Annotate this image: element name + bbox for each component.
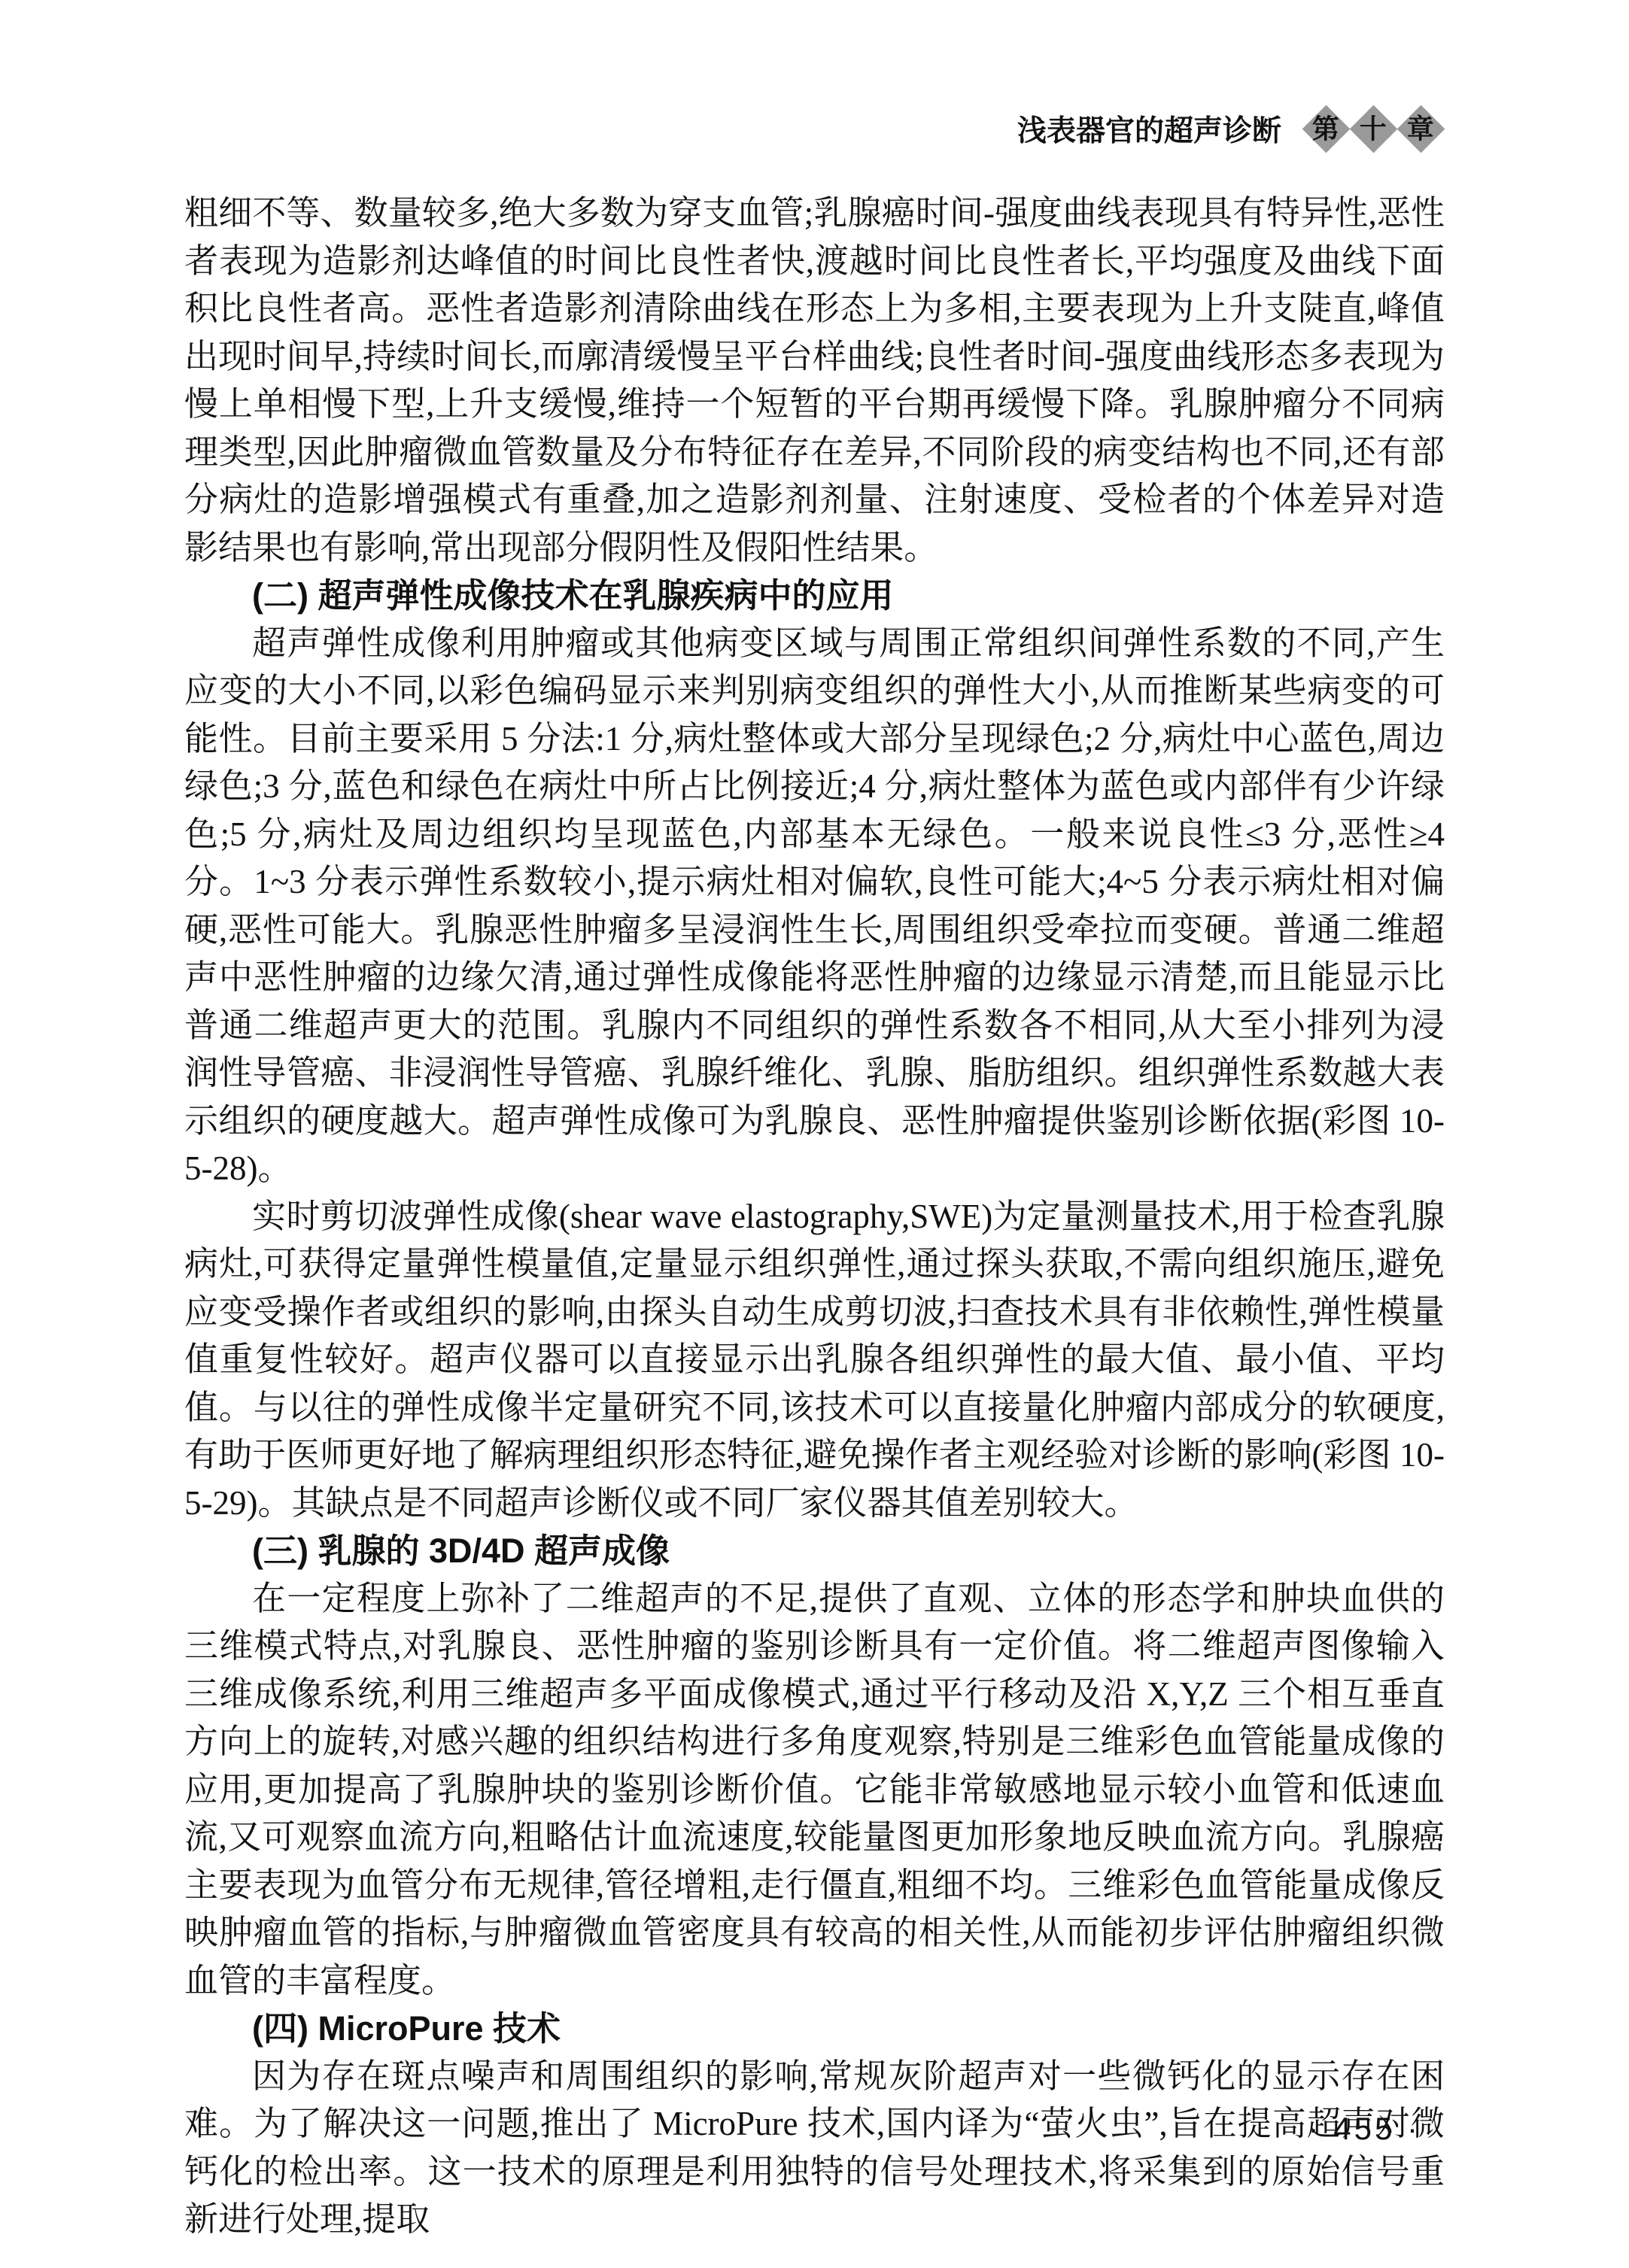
paragraph: 实时剪切波弹性成像(shear wave elastography,SWE)为定…: [184, 1193, 1445, 1528]
article: 粗细不等、数量较多,绝大多数为穿支血管;乳腺癌时间-强度曲线表现具有特异性,恶性…: [184, 190, 1445, 2244]
page-number: · 455 ·: [1308, 2111, 1421, 2147]
chapter-char: 章: [1407, 115, 1434, 142]
page-header: 浅表器官的超声诊断 第 十 章: [1017, 102, 1445, 155]
chapter-badge: 第 十 章: [1302, 112, 1445, 146]
chapter-diamond-icon: 章: [1397, 105, 1445, 153]
section-heading: (三) 乳腺的 3D/4D 超声成像: [184, 1527, 1445, 1575]
chapter-diamond-icon: 第: [1302, 105, 1351, 153]
running-head-title: 浅表器官的超声诊断: [1017, 108, 1281, 150]
paragraph: 粗细不等、数量较多,绝大多数为穿支血管;乳腺癌时间-强度曲线表现具有特异性,恶性…: [184, 190, 1445, 572]
paragraph: 超声弹性成像利用肿瘤或其他病变区域与周围正常组织间弹性系数的不同,产生应变的大小…: [184, 620, 1445, 1193]
chapter-diamond-icon: 十: [1350, 105, 1398, 153]
paragraph: 在一定程度上弥补了二维超声的不足,提供了直观、立体的形态学和肿块血供的三维模式特…: [184, 1575, 1445, 2005]
section-heading: (四) MicroPure 技术: [184, 2005, 1445, 2053]
paragraph: 因为存在斑点噪声和周围组织的影响,常规灰阶超声对一些微钙化的显示存在困难。为了解…: [184, 2053, 1445, 2244]
section-heading: (二) 超声弹性成像技术在乳腺疾病中的应用: [184, 572, 1445, 620]
chapter-char: 十: [1360, 115, 1387, 142]
chapter-char: 第: [1312, 115, 1339, 142]
book-page: 浅表器官的超声诊断 第 十 章 粗细不等、数量较多,绝大多数为穿支血管;乳腺癌时…: [0, 0, 1629, 2268]
